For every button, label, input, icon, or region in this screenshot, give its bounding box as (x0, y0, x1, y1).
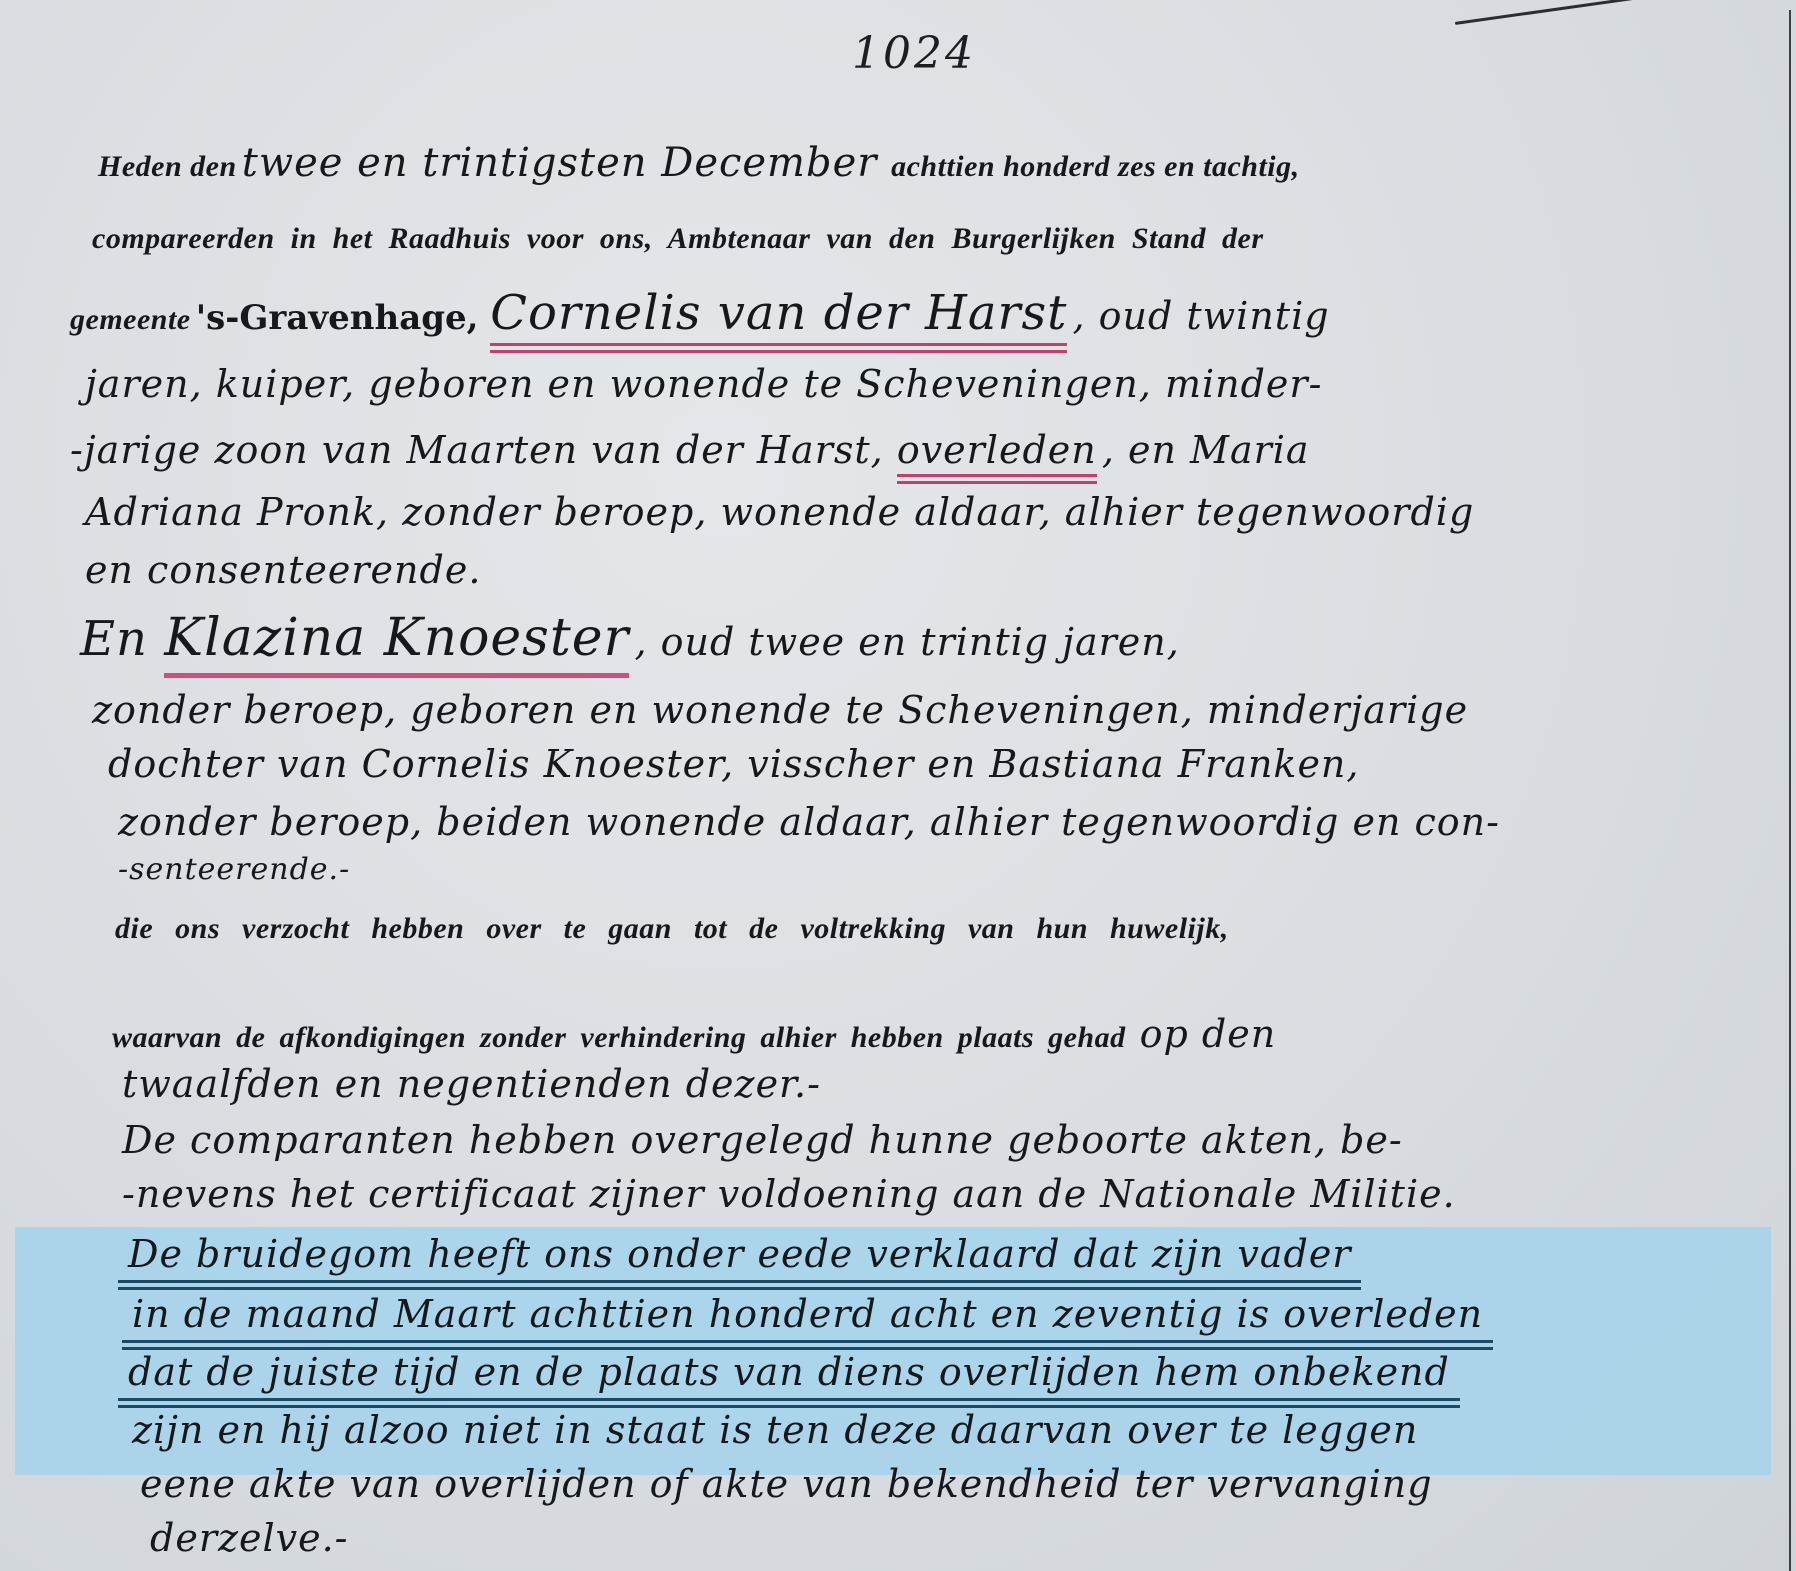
bride-name: Klazina Knoester (164, 608, 629, 668)
record-line-2: compareerden in het Raadhuis voor ons, A… (92, 222, 1264, 256)
record-line-6: Adriana Pronk, zonder beroep, wonende al… (85, 490, 1474, 534)
groom-name: Cornelis van der Harst (490, 285, 1067, 341)
record-line-22: eene akte van overlijden of akte van bek… (140, 1462, 1433, 1506)
printed-text: waarvan de afkondigingen zonder verhinde… (112, 1021, 1140, 1054)
record-line-18-highlighted: De bruidegom heeft ons onder eede verkla… (128, 1232, 1351, 1276)
printed-text: die ons verzocht hebben over te gaan tot… (115, 912, 1229, 945)
record-line-1: Heden den twee en trintigsten December a… (98, 140, 1300, 186)
pen-stroke-mark (1455, 0, 1634, 25)
unknown-details-text: dat de juiste tijd en de plaats van dien… (128, 1350, 1450, 1394)
record-line-14: waarvan de afkondigingen zonder verhinde… (112, 1012, 1276, 1056)
handwritten-text: En (80, 611, 164, 667)
record-line-10: dochter van Cornelis Knoester, visscher … (108, 742, 1360, 786)
record-line-8: En Klazina Knoester , oud twee en trinti… (80, 608, 1180, 668)
record-line-11: zonder beroep, beiden wonende aldaar, al… (118, 800, 1500, 844)
handwritten-text: -jarige zoon van Maarten van der Harst, (70, 428, 897, 472)
handwritten-text: , oud twintig (1072, 294, 1329, 338)
page-margin-rule (1789, 10, 1791, 1571)
municipality-name: 's-Gravenhage, (196, 298, 491, 338)
record-line-13: die ons verzocht hebben over te gaan tot… (115, 912, 1229, 946)
record-line-4: jaren, kuiper, geboren en wonende te Sch… (85, 362, 1322, 406)
handwritten-text: , en Maria (1102, 428, 1310, 472)
record-line-7: en consenteerende. (85, 548, 481, 592)
record-line-23: derzelve.- (150, 1516, 349, 1560)
handwritten-date: twee en trintigsten December (242, 140, 891, 186)
handwritten-text: , oud twee en trintig jaren, (634, 620, 1179, 664)
printed-text: compareerden in het Raadhuis voor ons, A… (92, 222, 1264, 255)
printed-text: gemeente (70, 303, 191, 336)
handwritten-text: op den (1140, 1012, 1277, 1056)
deceased-annotation: overleden (897, 428, 1097, 472)
handwritten-text: zijn en hij alzoo niet in staat is ten d… (132, 1408, 1418, 1452)
page-number: 1024 (852, 28, 976, 79)
groom-declaration-text: De bruidegom heeft ons onder eede verkla… (128, 1232, 1351, 1276)
record-line-21-highlighted: zijn en hij alzoo niet in staat is ten d… (132, 1408, 1418, 1452)
record-line-9: zonder beroep, geboren en wonende te Sch… (92, 688, 1468, 732)
record-line-12: -senteerende.- (118, 852, 350, 887)
printed-text: achttien honderd zes en tachtig, (891, 150, 1300, 183)
record-line-3: gemeente 's-Gravenhage, Cornelis van der… (70, 285, 1330, 341)
father-death-text: in de maand Maart achttien honderd acht … (132, 1292, 1483, 1336)
printed-text: Heden den (98, 150, 237, 183)
record-line-15: twaalfden en negentienden dezer.- (122, 1062, 821, 1106)
document-page: 1024 Heden den twee en trintigsten Decem… (0, 0, 1796, 1571)
record-line-16: De comparanten hebben overgelegd hunne g… (122, 1118, 1403, 1162)
record-line-17: -nevens het certificaat zijner voldoenin… (122, 1172, 1456, 1216)
record-line-20-highlighted: dat de juiste tijd en de plaats van dien… (128, 1350, 1450, 1394)
record-line-19-highlighted: in de maand Maart achttien honderd acht … (132, 1292, 1483, 1336)
record-line-5: -jarige zoon van Maarten van der Harst, … (70, 428, 1310, 472)
